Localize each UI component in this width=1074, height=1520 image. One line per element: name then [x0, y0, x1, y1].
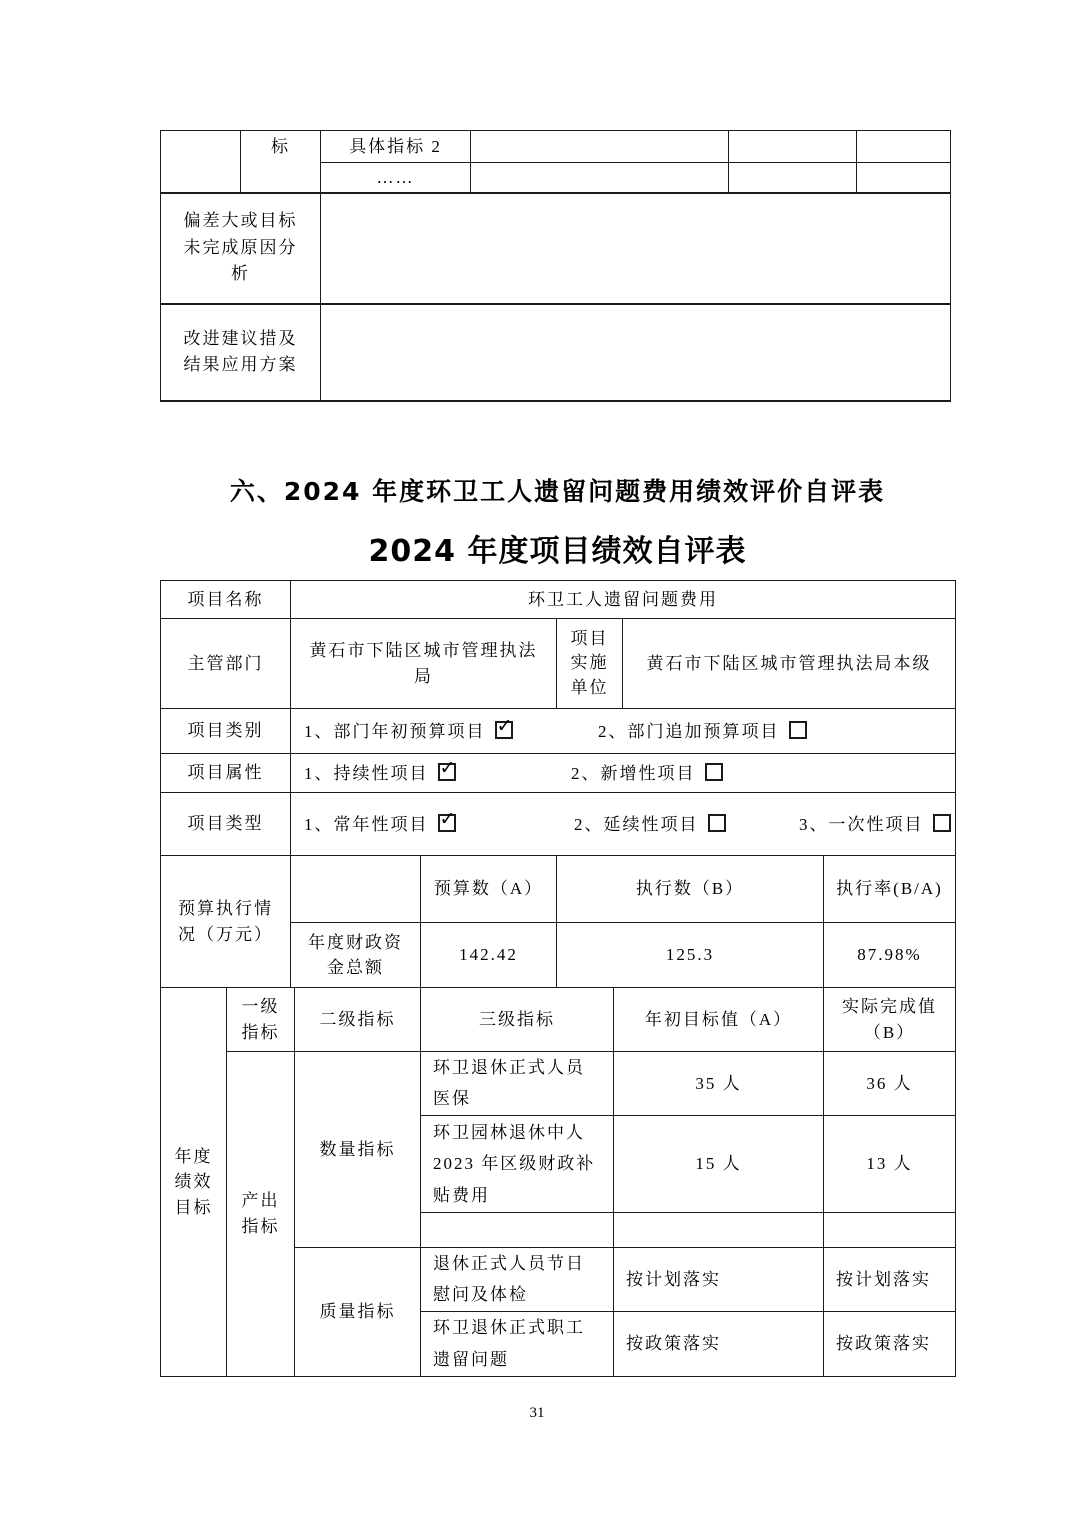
cell-rate-value: 87.98%	[824, 923, 956, 988]
checkbox-unchecked-icon	[933, 814, 951, 832]
cell-quantity-indicator: 数量指标	[295, 1052, 421, 1248]
cell-category-label: 项目类别	[161, 709, 291, 754]
cell-indicator-name	[421, 1212, 614, 1247]
cell-empty	[857, 131, 951, 163]
cell-deviation-label: 偏差大或目标未完成原因分析	[161, 193, 321, 304]
department-section: 主管部门 黄石市下陆区城市管理执法局 项目实施单位 黄石市下陆区城市管理执法局本…	[160, 618, 956, 709]
option-label: 1、持续性项目	[304, 764, 429, 783]
page-number: 31	[0, 1405, 1074, 1422]
cell-quality-indicator: 质量指标	[295, 1247, 421, 1376]
cell-exec-value: 125.3	[557, 923, 824, 988]
table-row: 项目类别 1、部门年初预算项目✓2、部门追加预算项目	[161, 709, 956, 754]
option-label: 2、新增性项目	[571, 764, 696, 783]
performance-indicator-section: 年度绩效目标 一级指标 二级指标 三级指标 年初目标值（A） 实际完成值 （B）…	[160, 987, 956, 1377]
cell-indicator-actual: 按政策落实	[824, 1311, 956, 1376]
option-label: 1、常年性项目	[304, 815, 429, 834]
table-row: 改进建议措及结果应用方案	[161, 304, 951, 401]
cell-empty	[471, 163, 729, 193]
cell-empty	[729, 163, 857, 193]
option-perennial-project: 1、常年性项目✓	[304, 812, 574, 838]
cell-indicator-name: 环卫退休正式职工遗留问题	[421, 1311, 614, 1376]
table-row: 项目属性 1、持续性项目✓2、新增性项目	[161, 754, 956, 793]
cell-output-indicator: 产出指标	[227, 1052, 295, 1377]
cell-indicator-name: 环卫退休正式人员医保	[421, 1052, 614, 1116]
cell-type-label: 项目类型	[161, 793, 291, 856]
cell-project-name-value: 环卫工人遗留问题费用	[291, 581, 956, 619]
table-row: 产出指标 数量指标 环卫退休正式人员医保 35 人 36 人	[161, 1052, 956, 1116]
cell-partial-label: 标	[241, 131, 321, 193]
document-page: 标 具体指标 2 …… 偏差大或目标未完成原因分析 改进建议措及结果应用方案 六…	[0, 0, 1074, 1520]
cell-exec-col-header: 执行数（B）	[557, 856, 824, 923]
cell-indicator-name: 环卫园林退休中人 2023 年区级财政补贴费用	[421, 1115, 614, 1212]
option-new-project: 2、新增性项目	[571, 761, 723, 787]
cell-indicator-actual: 36 人	[824, 1052, 956, 1116]
cell-empty	[857, 163, 951, 193]
cell-indicator-target: 按政策落实	[614, 1311, 824, 1376]
checkbox-checked-icon: ✓	[495, 721, 513, 739]
option-label: 2、延续性项目	[574, 815, 699, 834]
classification-section: 项目类别 1、部门年初预算项目✓2、部门追加预算项目 项目属性 1、持续性项目✓…	[160, 708, 956, 856]
option-label: 2、部门追加预算项目	[598, 722, 780, 741]
cell-spec-indicator-2: 具体指标 2	[321, 131, 471, 163]
cell-indicator-target: 按计划落实	[614, 1247, 824, 1311]
project-name-section: 项目名称 环卫工人遗留问题费用	[160, 580, 956, 619]
table-row: 偏差大或目标未完成原因分析	[161, 193, 951, 304]
budget-execution-section: 预算执行情况（万元） 预算数（A） 执行数（B） 执行率(B/A) 年度财政资金…	[160, 855, 956, 988]
cell-actual-header: 实际完成值 （B）	[824, 988, 956, 1052]
cell-budget-label: 预算执行情况（万元）	[161, 856, 291, 988]
cell-indicator-target: 35 人	[614, 1052, 824, 1116]
checkbox-unchecked-icon	[708, 814, 726, 832]
cell-indicator-target: 15 人	[614, 1115, 824, 1212]
cell-annual-goal-label: 年度绩效目标	[161, 988, 227, 1377]
checkbox-unchecked-icon	[705, 763, 723, 781]
cell-attribute-label: 项目属性	[161, 754, 291, 793]
cell-type-options: 1、常年性项目✓2、延续性项目3、一次性项目	[291, 793, 956, 856]
option-label: 1、部门年初预算项目	[304, 722, 486, 741]
cell-dept-label: 主管部门	[161, 619, 291, 709]
cell-level3-header: 三级指标	[421, 988, 614, 1052]
option-one-time-project: 3、一次性项目	[799, 812, 951, 838]
cell-improvement-label: 改进建议措及结果应用方案	[161, 304, 321, 401]
cell-indicator-actual: 13 人	[824, 1115, 956, 1212]
option-label: 3、一次性项目	[799, 815, 924, 834]
cell-ellipsis: ……	[321, 163, 471, 193]
cell-indicator-actual: 按计划落实	[824, 1247, 956, 1311]
table-row: 项目名称 环卫工人遗留问题费用	[161, 581, 956, 619]
self-evaluation-table: 项目名称 环卫工人遗留问题费用 主管部门 黄石市下陆区城市管理执法局 项目实施单…	[160, 580, 955, 1377]
table-row: 项目类型 1、常年性项目✓2、延续性项目3、一次性项目	[161, 793, 956, 856]
cell-project-name-label: 项目名称	[161, 581, 291, 619]
cell-dept-value: 黄石市下陆区城市管理执法局	[291, 619, 557, 709]
cell-budget-value: 142.42	[421, 923, 557, 988]
cell-empty	[729, 131, 857, 163]
cell-indicator-actual	[824, 1212, 956, 1247]
table-row: 标 具体指标 2	[161, 131, 951, 163]
cell-rate-col-header: 执行率(B/A)	[824, 856, 956, 923]
checkbox-unchecked-icon	[789, 721, 807, 739]
table-title: 2024 年度项目绩效自评表	[160, 526, 955, 570]
cell-budget-col-header: 预算数（A）	[421, 856, 557, 923]
table-row: 主管部门 黄石市下陆区城市管理执法局 项目实施单位 黄石市下陆区城市管理执法局本…	[161, 619, 956, 709]
table-row: 预算执行情况（万元） 预算数（A） 执行数（B） 执行率(B/A)	[161, 856, 956, 923]
cell-empty	[471, 131, 729, 163]
table-row: 年度绩效目标 一级指标 二级指标 三级指标 年初目标值（A） 实际完成值 （B）	[161, 988, 956, 1052]
cell-deviation-content	[321, 193, 951, 304]
cell-level1-header: 一级指标	[227, 988, 295, 1052]
option-initial-budget-project: 1、部门年初预算项目✓	[304, 719, 598, 745]
cell-impl-unit-label: 项目实施单位	[557, 619, 623, 709]
option-additional-budget-project: 2、部门追加预算项目	[598, 719, 807, 745]
continued-indicator-table: 标 具体指标 2 …… 偏差大或目标未完成原因分析 改进建议措及结果应用方案	[160, 130, 951, 402]
cell-impl-unit-value: 黄石市下陆区城市管理执法局本级	[623, 619, 956, 709]
cell-category-options: 1、部门年初预算项目✓2、部门追加预算项目	[291, 709, 956, 754]
cell-improvement-content	[321, 304, 951, 401]
checkbox-checked-icon: ✓	[438, 763, 456, 781]
cell-target-header: 年初目标值（A）	[614, 988, 824, 1052]
cell-continued-empty	[161, 131, 241, 193]
checkbox-checked-icon: ✓	[438, 814, 456, 832]
cell-level2-header: 二级指标	[295, 988, 421, 1052]
cell-annual-funds-label: 年度财政资金总额	[291, 923, 421, 988]
cell-indicator-name: 退休正式人员节日慰问及体检	[421, 1247, 614, 1311]
cell-indicator-target	[614, 1212, 824, 1247]
option-extended-project: 2、延续性项目	[574, 812, 799, 838]
cell-empty	[291, 856, 421, 923]
cell-attribute-options: 1、持续性项目✓2、新增性项目	[291, 754, 956, 793]
option-continuous-project: 1、持续性项目✓	[304, 761, 571, 787]
section-title: 六、2024 年度环卫工人遗留问题费用绩效评价自评表	[160, 472, 955, 508]
